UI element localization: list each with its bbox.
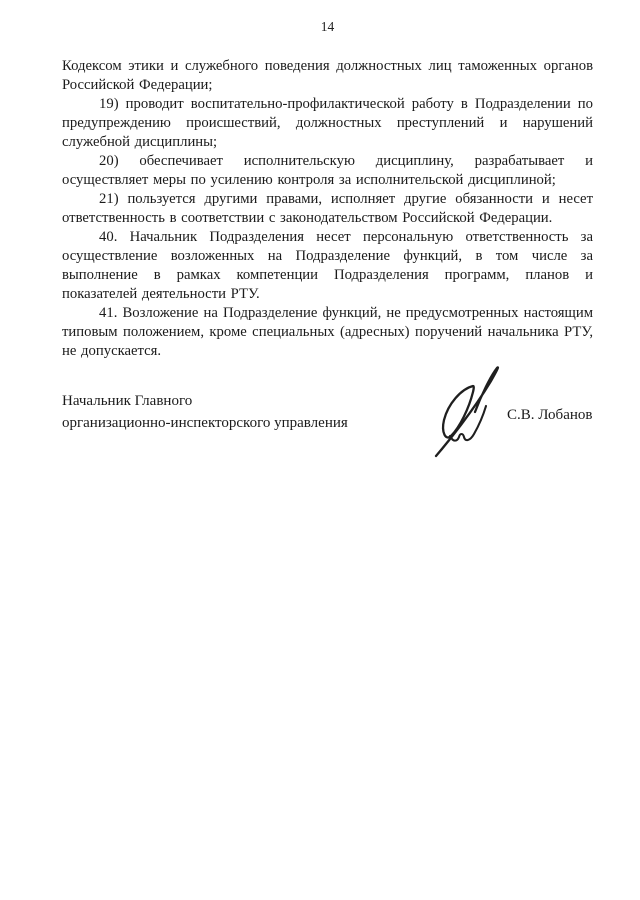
handwritten-signature-icon <box>423 356 553 471</box>
paragraph-item-40: 40. Начальник Подразделения несет персон… <box>62 228 593 304</box>
document-body: Кодексом этики и служебного поведения до… <box>62 57 593 361</box>
paragraph-item-21: 21) пользуется другими правами, исполняе… <box>62 190 593 228</box>
signer-position-line-2: организационно-инспекторского управления <box>62 412 348 434</box>
page-number: 14 <box>62 19 593 35</box>
document-page: 14 Кодексом этики и служебного поведения… <box>0 0 640 900</box>
signer-position-line-1: Начальник Главного <box>62 390 348 412</box>
signer-name: С.В. Лобанов <box>507 407 592 424</box>
paragraph-item-19: 19) проводит воспитательно-профилактичес… <box>62 95 593 152</box>
paragraph-item-41: 41. Возложение на Подразделение функций,… <box>62 304 593 361</box>
paragraph-item-20: 20) обеспечивает исполнительскую дисципл… <box>62 152 593 190</box>
signer-position-title: Начальник Главного организационно-инспек… <box>62 390 348 434</box>
paragraph-continuation: Кодексом этики и служебного поведения до… <box>62 57 593 95</box>
